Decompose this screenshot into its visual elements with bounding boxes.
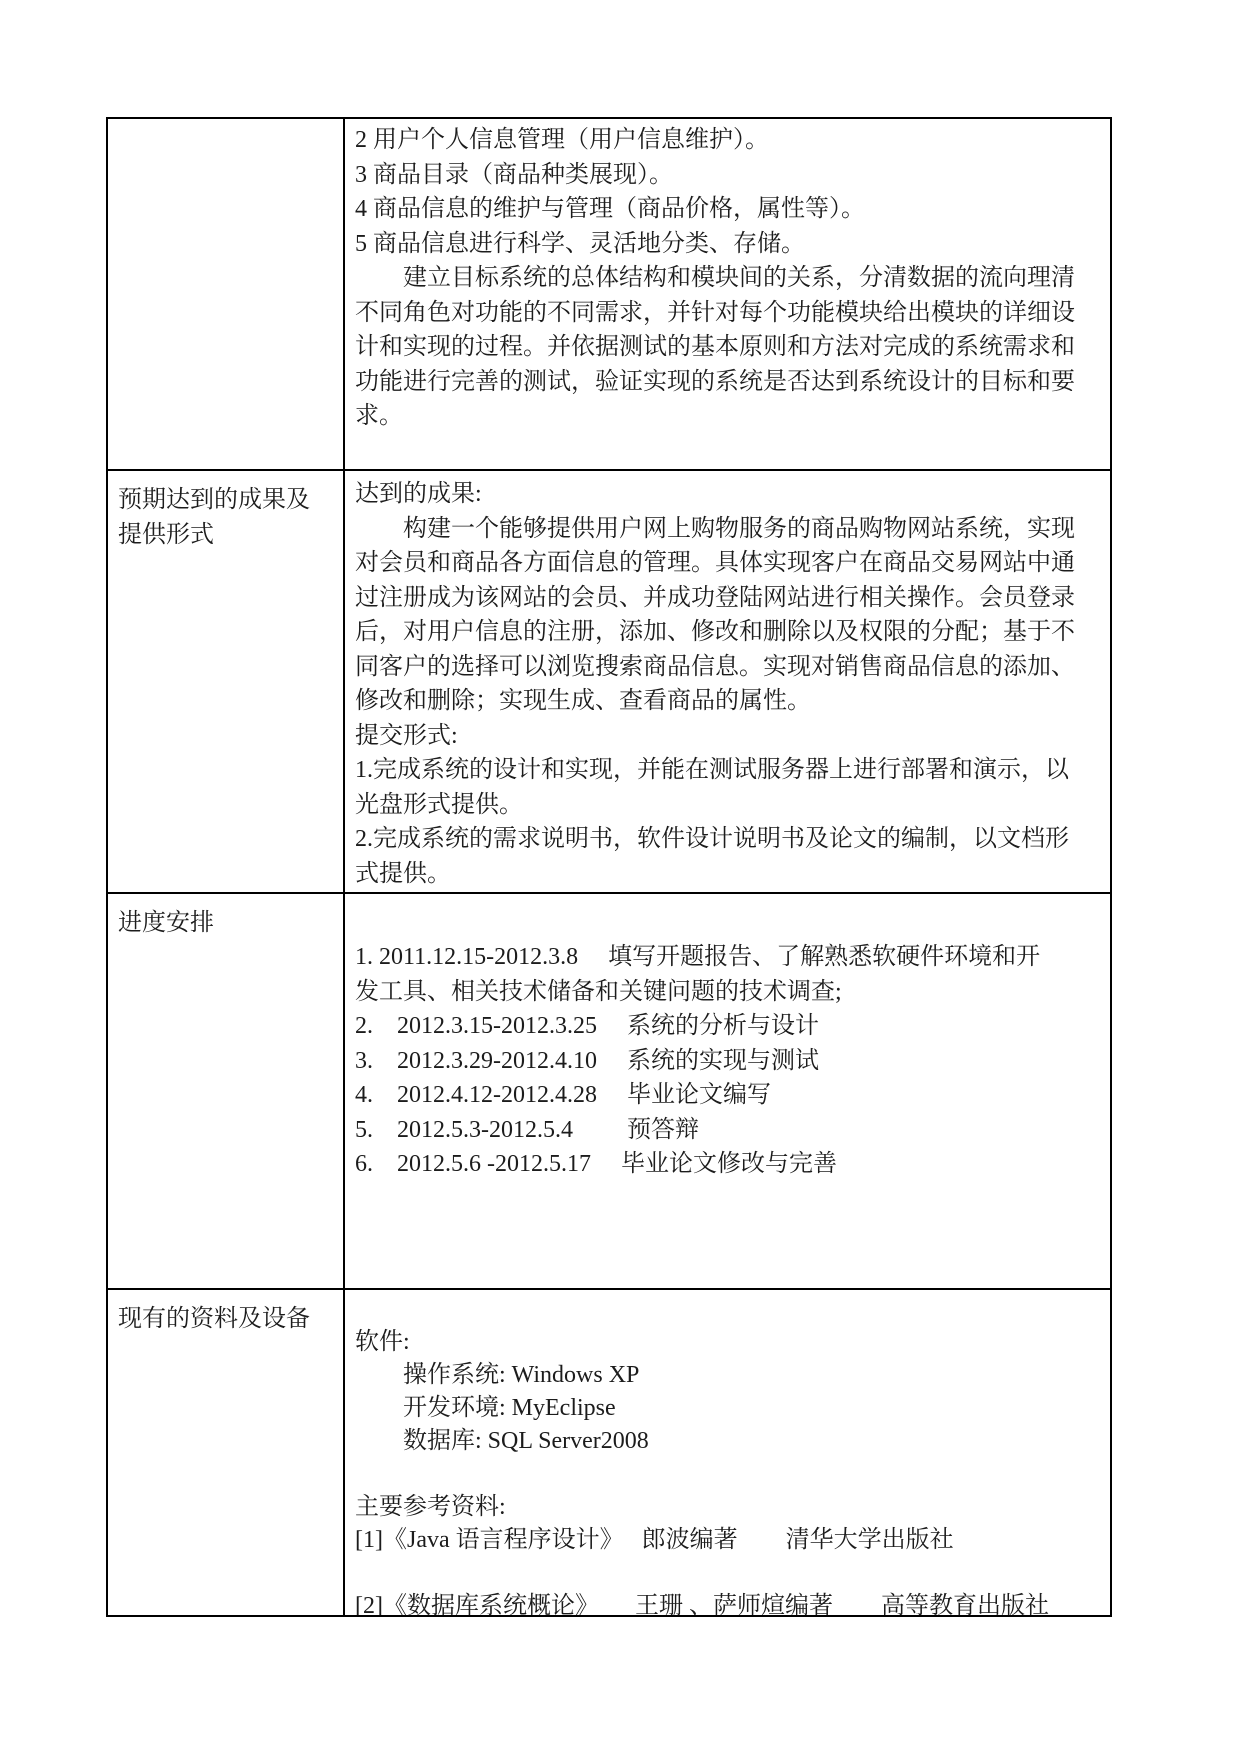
thesis-proposal-form-table: 2 用户个人信息管理（用户信息维护）。3 商品目录（商品种类展现）。4 商品信息…: [106, 117, 1112, 1617]
text-line: 提供形式: [118, 518, 337, 553]
text-line: 3. 2012.3.29-2012.4.10 系统的实现与测试: [355, 1044, 1106, 1079]
text-line: [355, 1458, 1106, 1491]
text-line: 软件:: [355, 1326, 1106, 1359]
text-line: 5. 2012.5.3-2012.5.4 预答辩: [355, 1113, 1106, 1148]
text-line: 4 商品信息的维护与管理（商品价格，属性等）。: [355, 192, 1106, 227]
text-line: 对会员和商品各方面信息的管理。具体实现客户在商品交易网站中通: [355, 546, 1106, 581]
text-line: 求。: [355, 399, 1106, 434]
text-line: [355, 1557, 1106, 1590]
text-line: 提交形式:: [355, 719, 1106, 754]
row2-content-cell: 达到的成果: 构建一个能够提供用户网上购物服务的商品购物网站系统，实现对会员和商…: [345, 471, 1110, 894]
text-line: 操作系统: Windows XP: [355, 1359, 1106, 1392]
text-line: 构建一个能够提供用户网上购物服务的商品购物网站系统，实现: [355, 512, 1106, 547]
row2-header-cell-expected-results: 预期达到的成果及提供形式: [108, 471, 345, 894]
row4-header-cell-materials: 现有的资料及设备: [108, 1290, 345, 1615]
text-line: 4. 2012.4.12-2012.4.28 毕业论文编写: [355, 1078, 1106, 1113]
text-line: 进度安排: [118, 906, 337, 941]
text-line: 数据库: SQL Server2008: [355, 1425, 1106, 1458]
text-line: 1.完成系统的设计和实现，并能在测试服务器上进行部署和演示，以: [355, 753, 1106, 788]
text-line: 光盘形式提供。: [355, 788, 1106, 823]
text-line: 开发环境: MyEclipse: [355, 1392, 1106, 1425]
text-line: 6. 2012.5.6 -2012.5.17 毕业论文修改与完善: [355, 1147, 1106, 1182]
text-line: 达到的成果:: [355, 477, 1106, 512]
text-line: 过注册成为该网站的会员、并成功登陆网站进行相关操作。会员登录: [355, 581, 1106, 616]
text-line: 式提供。: [355, 857, 1106, 892]
text-line: 现有的资料及设备: [118, 1302, 337, 1337]
row4-content-cell: 软件: 操作系统: Windows XP 开发环境: MyEclipse 数据库…: [345, 1290, 1110, 1615]
text-line: 1. 2011.12.15-2012.3.8 填写开题报告、了解熟悉软硬件环境和…: [355, 940, 1106, 975]
text-line: 主要参考资料:: [355, 1491, 1106, 1524]
text-line: 预期达到的成果及: [118, 483, 337, 518]
text-line: 计和实现的过程。并依据测试的基本原则和方法对完成的系统需求和: [355, 330, 1106, 365]
row1-content-cell: 2 用户个人信息管理（用户信息维护）。3 商品目录（商品种类展现）。4 商品信息…: [345, 119, 1110, 471]
text-line: 同客户的选择可以浏览搜索商品信息。实现对销售商品信息的添加、: [355, 650, 1106, 685]
text-line: 后，对用户信息的注册，添加、修改和删除以及权限的分配；基于不: [355, 615, 1106, 650]
text-line: 功能进行完善的测试，验证实现的系统是否达到系统设计的目标和要: [355, 365, 1106, 400]
text-line: 不同角色对功能的不同需求，并针对每个功能模块给出模块的详细设: [355, 296, 1106, 331]
text-line: 建立目标系统的总体结构和模块间的关系，分清数据的流向理清: [355, 261, 1106, 296]
row3-content-cell: 1. 2011.12.15-2012.3.8 填写开题报告、了解熟悉软硬件环境和…: [345, 894, 1110, 1290]
text-line: [1]《Java 语言程序设计》 郎波编著 清华大学出版社: [355, 1524, 1106, 1557]
text-line: 发工具、相关技术储备和关键问题的技术调查;: [355, 975, 1106, 1010]
text-line: [2]《数据库系统概论》 王珊 、萨师煊编著 高等教育出版社: [355, 1590, 1106, 1615]
text-line: 修改和删除；实现生成、查看商品的属性。: [355, 684, 1106, 719]
text-line: 2.完成系统的需求说明书，软件设计说明书及论文的编制，以文档形: [355, 822, 1106, 857]
text-line: 3 商品目录（商品种类展现）。: [355, 158, 1106, 193]
text-line: 5 商品信息进行科学、灵活地分类、存储。: [355, 227, 1106, 262]
text-line: 2 用户个人信息管理（用户信息维护）。: [355, 123, 1106, 158]
text-line: 2. 2012.3.15-2012.3.25 系统的分析与设计: [355, 1009, 1106, 1044]
document-page: { "colors": { "page_background": "#fffff…: [0, 0, 1241, 1754]
row3-header-cell-schedule: 进度安排: [108, 894, 345, 1290]
row1-header-cell: [108, 119, 345, 471]
